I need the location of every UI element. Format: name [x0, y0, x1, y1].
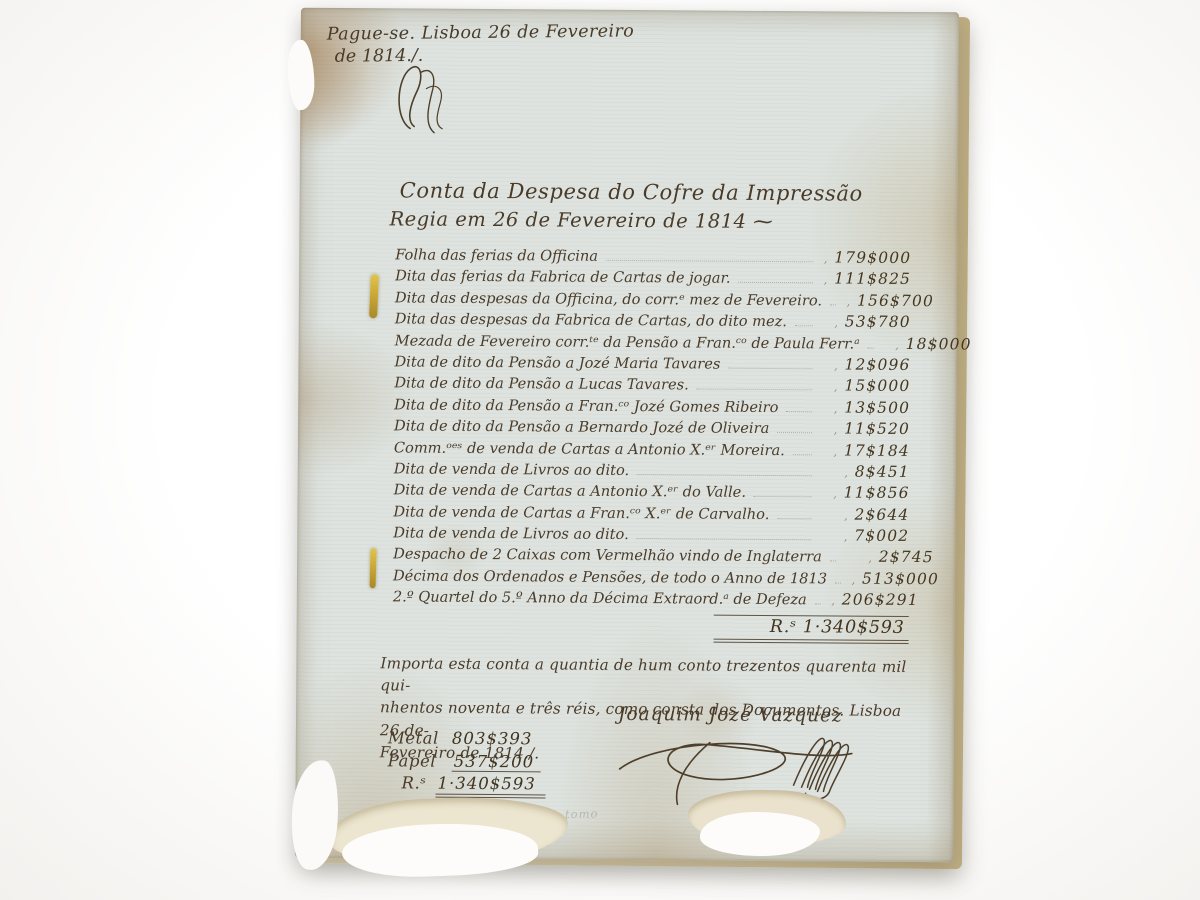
dot-leader: [793, 454, 812, 455]
line-desc: Folha das ferias da Officina: [395, 246, 598, 264]
line-amount: 2$745: [842, 548, 934, 567]
dot-leader: [815, 604, 821, 605]
line-desc: Décima dos Ordenados e Pensões, de todo …: [393, 567, 827, 587]
dot-leader: [637, 538, 812, 540]
line-desc: Dita de dito da Pensão a Jozé Maria Tava…: [394, 353, 720, 372]
line-desc: Despacho de 2 Caixas com Vermelhão vindo…: [393, 546, 822, 566]
line-desc: Comm.ᵒᵉˢ de venda de Cartas a Antonio X.…: [394, 439, 785, 459]
dot-leader: [754, 496, 812, 497]
line-amount: 53$780: [819, 313, 911, 332]
summary-amount: 537$200: [452, 751, 541, 772]
document-title-line1: Conta da Despesa do Cofre da Impressão: [400, 178, 863, 205]
line-amount: 17$184: [818, 441, 910, 460]
dot-leader: [728, 368, 812, 370]
total-currency-label: R.ˢ: [770, 617, 797, 637]
line-amount: 11$856: [818, 484, 910, 503]
line-amount: 206$291: [827, 591, 919, 610]
pencil-note-bottom-right: R t: [795, 801, 814, 816]
line-desc: Dita de dito da Pensão a Bernardo Jozé d…: [394, 417, 769, 437]
line-desc: Dita de venda de Cartas a Fran.ᶜᵒ X.ᵉʳ d…: [393, 503, 769, 523]
dot-leader: [868, 347, 874, 348]
summary-label: Metal: [388, 728, 452, 747]
summary-row-metal: Metal 803$393: [388, 728, 546, 752]
account-items-list: Folha das ferias da Officina179$000 Dita…: [393, 245, 912, 612]
summary-row-papel: Papel 537$200: [388, 751, 546, 775]
summary-row-total: R.ˢ 1·340$593: [401, 773, 545, 797]
line-desc: Dita das despesas da Officina, do corr.ᵉ…: [395, 289, 822, 309]
dot-leader: [738, 282, 813, 284]
dot-leader: [777, 518, 811, 519]
dot-leader: [786, 411, 812, 412]
line-amount: 18$000: [880, 334, 972, 353]
document-title-line2: Regia em 26 de Fevereiro de 1814 ⁓: [389, 207, 773, 233]
line-desc: 2.º Quartel do 5.º Anno da Décima Extrao…: [393, 589, 807, 609]
endorsement-rubric-icon: [390, 58, 455, 142]
pencil-note-bottom-left: A 2ª 44, Xx, 99 e al. de tomo: [403, 806, 598, 825]
line-desc: Dita das despesas da Fabrica de Cartas, …: [395, 311, 787, 331]
total-amount: 1·340$593: [803, 617, 905, 638]
line-amount: 2$644: [817, 505, 909, 524]
line-amount: 513$000: [847, 569, 939, 588]
total-value: R.ˢ1·340$593: [714, 615, 909, 644]
signature-name: Joaquim Jozé Vazquez: [618, 704, 843, 727]
dot-leader: [777, 432, 812, 433]
endorsement-line1: Pague-se. Lisboa 26 de Fevereiro: [327, 21, 635, 44]
line-desc: Dita de venda de Livros ao dito.: [394, 460, 630, 479]
dot-leader: [830, 304, 836, 305]
summary-label: R.ˢ: [401, 773, 435, 792]
line-desc: Dita de venda de Livros ao dito.: [393, 524, 629, 543]
summary-label: Papel: [388, 751, 452, 770]
photograph-backdrop: Pague-se. Lisboa 26 de Fevereiro de 1814…: [0, 0, 1200, 900]
summary-amount: 803$393: [452, 729, 533, 749]
signature-rubric-icon: [613, 724, 864, 815]
line-amount: 12$096: [818, 355, 910, 374]
binding-stitch-top: [369, 274, 379, 318]
dot-leader: [637, 474, 812, 476]
dot-leader: [795, 325, 813, 326]
line-amount: 156$700: [842, 291, 934, 310]
manuscript-page: Pague-se. Lisboa 26 de Fevereiro de 1814…: [295, 8, 959, 863]
closing-line1: Importa esta conta a quantia de hum cont…: [380, 652, 914, 700]
line-amount: 7$002: [817, 526, 909, 545]
summary-block: Metal 803$393 Papel 537$200 R.ˢ 1·340$59…: [387, 728, 546, 797]
binding-stitch-bottom: [370, 548, 377, 588]
line-amount: 111$825: [819, 270, 911, 289]
line-desc: Dita de venda de Cartas a Antonio X.ᵉʳ d…: [394, 482, 747, 501]
line-amount: 179$000: [819, 248, 911, 267]
line-desc: Mezada de Fevereiro corr.ᵗᵉ da Pensão a …: [395, 332, 860, 352]
dot-leader: [830, 561, 836, 562]
line-desc: Dita das ferias da Fabrica de Cartas de …: [395, 268, 731, 287]
line-amount: 8$451: [818, 462, 910, 481]
line-amount: 11$520: [818, 419, 910, 438]
line-amount: 15$000: [818, 377, 910, 396]
line-desc: Dita de dito da Pensão a Lucas Tavares.: [394, 375, 689, 394]
line-desc: Dita de dito da Pensão a Fran.ᶜᵒ Jozé Go…: [394, 396, 778, 416]
summary-amount: 1·340$593: [435, 774, 545, 799]
dot-leader: [835, 582, 841, 583]
total-row: R.ˢ1·340$593: [393, 612, 909, 644]
dot-leader: [697, 389, 813, 391]
line-amount: 13$500: [818, 398, 910, 417]
dot-leader: [606, 260, 813, 262]
account-line: 2.º Quartel do 5.º Anno da Décima Extrao…: [393, 588, 909, 613]
